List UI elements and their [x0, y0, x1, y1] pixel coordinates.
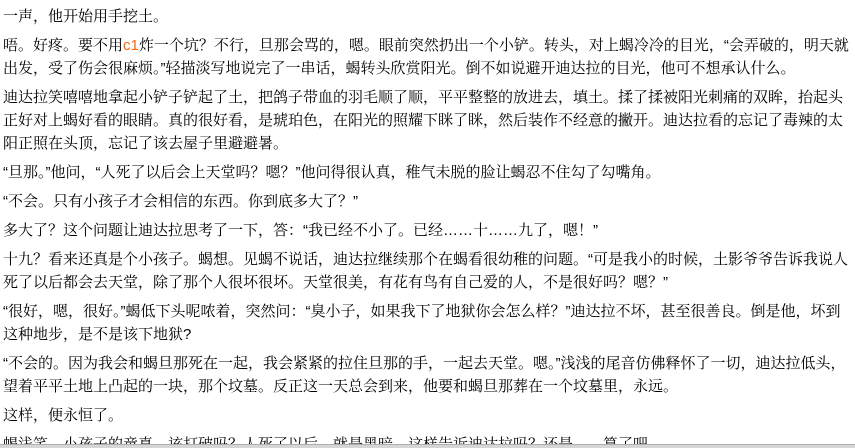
story-paragraph: “不会的。因为我会和蝎旦那死在一起，我会紧紧的拉住旦那的手，一起去天堂。嗯。”浅…	[3, 352, 853, 398]
story-paragraph: 这样，便永恒了。	[3, 404, 853, 427]
story-paragraph: 一声，他开始用手挖土。	[3, 5, 853, 28]
story-paragraph: 迪达拉笑嘻嘻地拿起小铲子铲起了土，把鸽子带血的羽毛顺了顺，平平整整的放进去，填土…	[3, 86, 853, 155]
story-paragraph: “旦那。”他问，“人死了以后会上天堂吗？嗯？”他问得很认真，稚气未脱的脸让蝎忍不…	[3, 161, 853, 184]
story-paragraph: 十九？看来还真是个小孩子。蝎想。见蝎不说话，迪达拉继续那个在蝎看很幼稚的问题。“…	[3, 248, 853, 294]
story-paragraph: “很好，嗯，很好。”蝎低下头呢哝着，突然问：“臭小子，如果我下了地狱你会怎么样？…	[3, 300, 853, 346]
highlighted-keyword: c1	[123, 37, 139, 54]
novel-reader-page: { "colors": { "background": "#ffffff", "…	[0, 0, 855, 448]
horizontal-scrollbar[interactable]	[0, 444, 855, 448]
story-paragraph: 唔。好疼。要不用c1炸一个坑？不行，旦那会骂的，嗯。眼前突然扔出一个小铲。转头，…	[3, 34, 853, 80]
story-paragraph: “不会。只有小孩子才会相信的东西。你到底多大了？”	[3, 190, 853, 213]
story-text-run: 唔。好疼。要不用	[3, 37, 123, 54]
story-paragraph: 多大了？这个问题让迪达拉思考了一下，答：“我已经不小了。已经……十……九了，嗯！…	[3, 219, 853, 242]
story-text-area: 一声，他开始用手挖土。 唔。好疼。要不用c1炸一个坑？不行，旦那会骂的，嗯。眼前…	[0, 0, 855, 448]
